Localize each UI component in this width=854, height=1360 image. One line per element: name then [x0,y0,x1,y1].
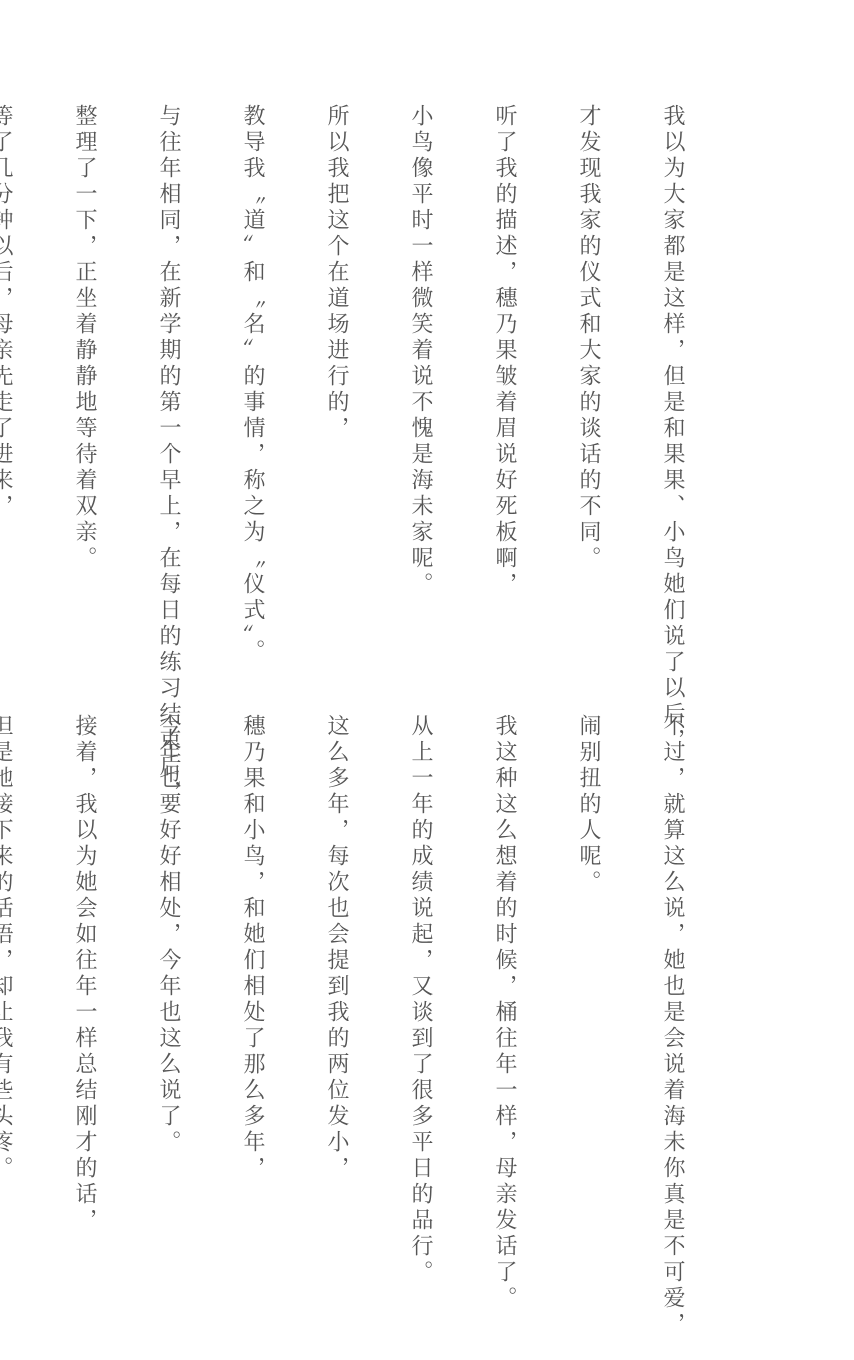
text-column: 不过，就算这么说，她也是会说着海未你真是不可爱， [658,714,686,1294]
text-column: 与往年相同，在新学期的第一个早上，在每日的练习结束后， [154,104,182,684]
text-column: 整理了一下，正坐着静静地等待着双亲。 [70,104,98,684]
text-block-bottom: 不过，就算这么说，她也是会说着海未你真是不可爱， 闹别扭的人呢。 我这种这么想着… [0,714,742,1294]
text-column: 我这种这么想着的时候，桶往年一样，母亲发话了。 [490,714,518,1294]
text-column: 等了几分钟以后，母亲先走了进来， [0,104,14,684]
text-column: 才发现我家的仪式和大家的谈话的不同。 [574,104,602,684]
text-column: 闹别扭的人呢。 [574,714,602,1294]
text-column: 听了我的描述，穗乃果皱着眉说好死板啊， [490,104,518,684]
text-column: 接着，我以为她会如往年一样总结刚才的话， [70,714,98,1294]
text-column: 这么多年，每次也会提到我的两位发小， [322,714,350,1294]
text-column: 穗乃果和小鸟，和她们相处了那么多年， [238,714,266,1294]
text-column: 今年也要好好相处，今年也这么说了。 [154,714,182,1294]
text-column: 从上一年的成绩说起，又谈到了很多平日的品行。 [406,714,434,1294]
text-column: 我以为大家都是这样，但是和果果、小鸟她们说了以后， [658,104,686,684]
text-column: 小鸟像平时一样微笑着说不愧是海未家呢。 [406,104,434,684]
text-block-top: 我以为大家都是这样，但是和果果、小鸟她们说了以后， 才发现我家的仪式和大家的谈话… [0,104,742,684]
text-column: 教导我〝道〞和〝名〞的事情，称之为〝仪式〞。 [238,104,266,684]
text-column: 所以我把这个在道场进行的， [322,104,350,684]
text-column: 但是她接下来的话语，却让我有些头疼。 [0,714,14,1294]
